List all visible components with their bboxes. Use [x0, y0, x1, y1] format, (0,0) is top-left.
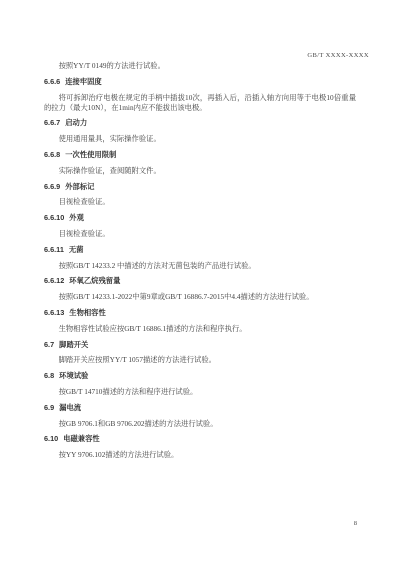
section-number: 6.6.9 [44, 182, 60, 191]
section-heading-6-6-12: 6.6.12环氧乙烷残留量 [44, 276, 356, 286]
section-heading-6-6-6: 6.6.6连接牢固度 [44, 77, 356, 87]
section-number: 6.7 [44, 340, 54, 349]
document-content: 按照YY/T 0149的方法进行试验。 6.6.6连接牢固度 将可拆卸治疗电极在… [44, 61, 356, 466]
section-body-6-6-7: 使用通用量具，实际操作验证。 [44, 134, 356, 144]
section-body-6-8: 按GB/T 14710描述的方法和程序进行试验。 [44, 387, 356, 397]
section-title: 生物相容性 [69, 308, 105, 317]
section-body-6-6-8: 实际操作验证，查阅随附文件。 [44, 166, 356, 176]
section-number: 6.9 [44, 403, 54, 412]
section-body-6-10: 按YY 9706.102描述的方法进行试验。 [44, 450, 356, 460]
section-heading-6-6-7: 6.6.7启动力 [44, 118, 356, 128]
section-number: 6.6.11 [44, 245, 64, 254]
section-title: 启动力 [65, 118, 87, 127]
document-page: GB/T XXXX-XXXX 按照YY/T 0149的方法进行试验。 6.6.6… [0, 0, 400, 565]
section-title: 漏电流 [59, 403, 81, 412]
section-heading-6-7: 6.7脚踏开关 [44, 340, 356, 350]
section-body-6-7: 脚踏开关应按照YY/T 1057描述的方法进行试验。 [44, 355, 356, 365]
section-title: 无菌 [69, 245, 84, 254]
section-body-6-6-6: 将可拆卸治疗电极在规定的手柄中插拔10次，再插入后，沿插入轴方向用等于电极10倍… [44, 93, 356, 113]
section-body-6-6-10: 目视检查验证。 [44, 229, 356, 239]
section-heading-6-8: 6.8环境试验 [44, 371, 356, 381]
section-number: 6.6.10 [44, 213, 64, 222]
section-body-6-6-12: 按照GB/T 14233.1-2022中第9章或GB/T 16886.7-201… [44, 292, 356, 302]
section-title: 连接牢固度 [65, 77, 101, 86]
section-heading-6-6-9: 6.6.9外部标记 [44, 182, 356, 192]
section-number: 6.6.12 [44, 276, 64, 285]
section-heading-6-6-8: 6.6.8一次性使用限制 [44, 150, 356, 160]
section-title: 电磁兼容性 [63, 434, 99, 443]
section-number: 6.6.13 [44, 308, 64, 317]
section-title: 外观 [69, 213, 84, 222]
section-body-6-9: 按GB 9706.1和GB 9706.202描述的方法进行试验。 [44, 419, 356, 429]
section-title: 环氧乙烷残留量 [69, 276, 120, 285]
section-number: 6.8 [44, 371, 54, 380]
intro-paragraph: 按照YY/T 0149的方法进行试验。 [44, 61, 356, 71]
section-title: 一次性使用限制 [65, 150, 116, 159]
section-number: 6.6.6 [44, 77, 60, 86]
section-heading-6-6-10: 6.6.10外观 [44, 213, 356, 223]
section-number: 6.6.7 [44, 118, 60, 127]
section-number: 6.6.8 [44, 150, 60, 159]
section-number: 6.10 [44, 434, 58, 443]
section-title: 环境试验 [59, 371, 88, 380]
section-body-6-6-13: 生物相容性试验应按GB/T 16886.1描述的方法和程序执行。 [44, 324, 356, 334]
section-body-6-6-9: 目视检查验证。 [44, 197, 356, 207]
section-title: 外部标记 [65, 182, 94, 191]
section-heading-6-9: 6.9漏电流 [44, 403, 356, 413]
section-body-6-6-11: 按照GB/T 14233.2 中描述的方法对无菌包装的产品进行试验。 [44, 261, 356, 271]
page-number: 8 [354, 520, 357, 527]
section-title: 脚踏开关 [59, 340, 88, 349]
section-heading-6-10: 6.10电磁兼容性 [44, 434, 356, 444]
section-heading-6-6-11: 6.6.11无菌 [44, 245, 356, 255]
section-heading-6-6-13: 6.6.13生物相容性 [44, 308, 356, 318]
running-header: GB/T XXXX-XXXX [307, 52, 369, 59]
